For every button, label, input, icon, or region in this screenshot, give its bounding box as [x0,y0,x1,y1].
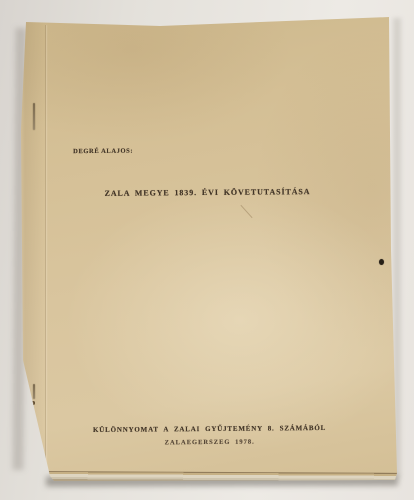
printed-text-layer: DEGRÉ ALAJOS: ZALA MEGYE 1839. ÉVI KÖVET… [0,0,414,500]
author-name: DEGRÉ ALAJOS: [73,148,133,156]
imprint-place-year-line: ZALAEGERSZEG 1978. [32,437,388,447]
booklet-cover: DEGRÉ ALAJOS: ZALA MEGYE 1839. ÉVI KÖVET… [0,0,414,500]
cover-title: ZALA MEGYE 1839. ÉVI KÖVETUTASÍTÁSA [29,186,385,198]
photo-backdrop: DEGRÉ ALAJOS: ZALA MEGYE 1839. ÉVI KÖVET… [0,0,414,500]
imprint-series-line: KÜLÖNNYOMAT A ZALAI GYŰJTEMÉNY 8. SZÁMÁB… [32,423,388,434]
